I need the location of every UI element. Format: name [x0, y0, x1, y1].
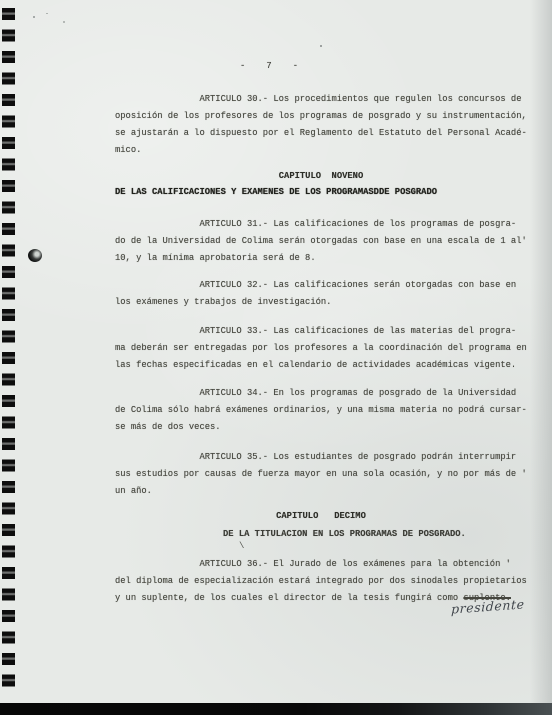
scan-bottom-edge: [0, 703, 552, 715]
chapter-10-title: CAPITULO DECIMO: [115, 508, 527, 525]
article-36-paragraph: ARTICULO 36.- El Jurado de los exámenes …: [115, 556, 527, 607]
article-30-paragraph: ARTICULO 30.- Los procedimientos que reg…: [115, 91, 527, 159]
scan-speck: [63, 21, 65, 23]
article-34-paragraph: ARTICULO 34.- En los programas de posgra…: [115, 385, 527, 436]
article-31-paragraph: ARTICULO 31.- Las calificaciones de los …: [115, 216, 527, 267]
article-33-paragraph: ARTICULO 33.- Las calificaciones de las …: [115, 323, 527, 374]
scan-speck: [46, 13, 48, 14]
stray-pen-mark: \: [239, 541, 244, 551]
page-number: - 7 -: [240, 58, 298, 75]
spiral-binding-holes: [2, 8, 15, 694]
scanned-document-page: - 7 - ARTICULO 30.- Los procedimientos q…: [0, 0, 552, 715]
ink-blot-top: [28, 249, 42, 262]
scan-speck: [320, 45, 322, 47]
handwritten-correction: presidente: [451, 597, 525, 616]
chapter-10-subtitle: DE LA TITULACION EN LOS PROGRAMAS DE POS…: [223, 526, 466, 543]
chapter-9-subtitle: DE LAS CALIFICACIONES Y EXAMENES DE LOS …: [115, 184, 437, 201]
scan-speck: [33, 16, 35, 18]
ink-blot-bottom: [25, 458, 40, 471]
article-35-paragraph: ARTICULO 35.- Los estudiantes de posgrad…: [115, 449, 527, 500]
chapter-9-title: CAPITULO NOVENO: [115, 168, 527, 185]
article-32-paragraph: ARTICULO 32.- Las calificaciones serán o…: [115, 277, 516, 311]
